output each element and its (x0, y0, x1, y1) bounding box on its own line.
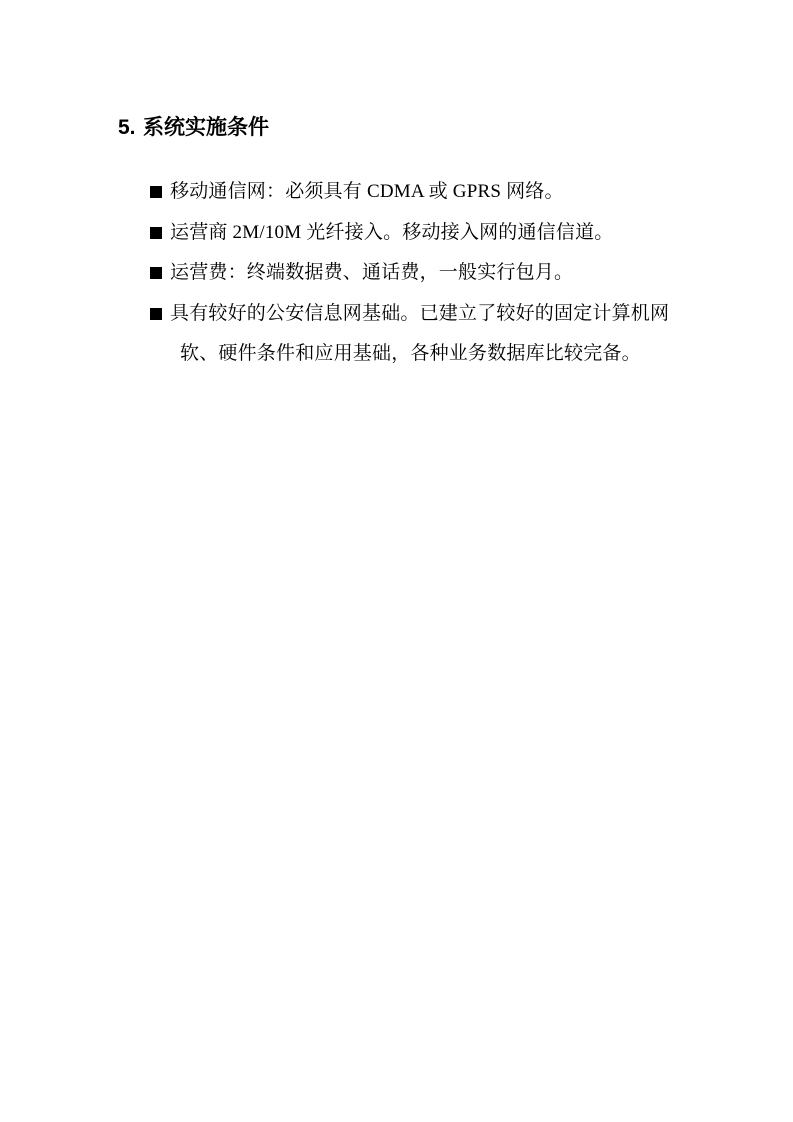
bullet-text: 运营费：终端数据费、通话费，一般实行包月。 (170, 253, 573, 294)
list-item: 移动通信网：必须具有 CDMA 或 GPRS 网络。 (150, 172, 710, 213)
bullet-square-icon (150, 308, 162, 320)
list-item: 运营商 2M/10M 光纤接入。移动接入网的通信信道。 (150, 213, 710, 254)
list-item: 具有较好的公安信息网基础。已建立了较好的固定计算机网 软、硬件条件和应用基础，各… (150, 294, 710, 375)
section-heading: 5.系统实施条件 (118, 115, 269, 141)
bullet-text-line: 具有较好的公安信息网基础。已建立了较好的固定计算机网 (170, 294, 669, 335)
bullet-text-line: 软、硬件条件和应用基础，各种业务数据库比较完备。 (170, 334, 669, 375)
document-page: 5.系统实施条件 移动通信网：必须具有 CDMA 或 GPRS 网络。 运营商 … (0, 0, 793, 1122)
section-title: 系统实施条件 (143, 116, 269, 139)
bullet-text-line: 运营费：终端数据费、通话费，一般实行包月。 (170, 253, 573, 294)
section-number: 5. (118, 115, 143, 141)
list-item: 运营费：终端数据费、通话费，一般实行包月。 (150, 253, 710, 294)
bullet-text-line: 移动通信网：必须具有 CDMA 或 GPRS 网络。 (170, 172, 564, 213)
bullet-text: 具有较好的公安信息网基础。已建立了较好的固定计算机网 软、硬件条件和应用基础，各… (170, 294, 669, 375)
bullet-text: 运营商 2M/10M 光纤接入。移动接入网的通信信道。 (170, 213, 613, 254)
bullet-list: 移动通信网：必须具有 CDMA 或 GPRS 网络。 运营商 2M/10M 光纤… (150, 172, 710, 375)
bullet-square-icon (150, 227, 162, 239)
bullet-text: 移动通信网：必须具有 CDMA 或 GPRS 网络。 (170, 172, 564, 213)
bullet-square-icon (150, 186, 162, 198)
bullet-text-line: 运营商 2M/10M 光纤接入。移动接入网的通信信道。 (170, 213, 613, 254)
bullet-square-icon (150, 267, 162, 279)
